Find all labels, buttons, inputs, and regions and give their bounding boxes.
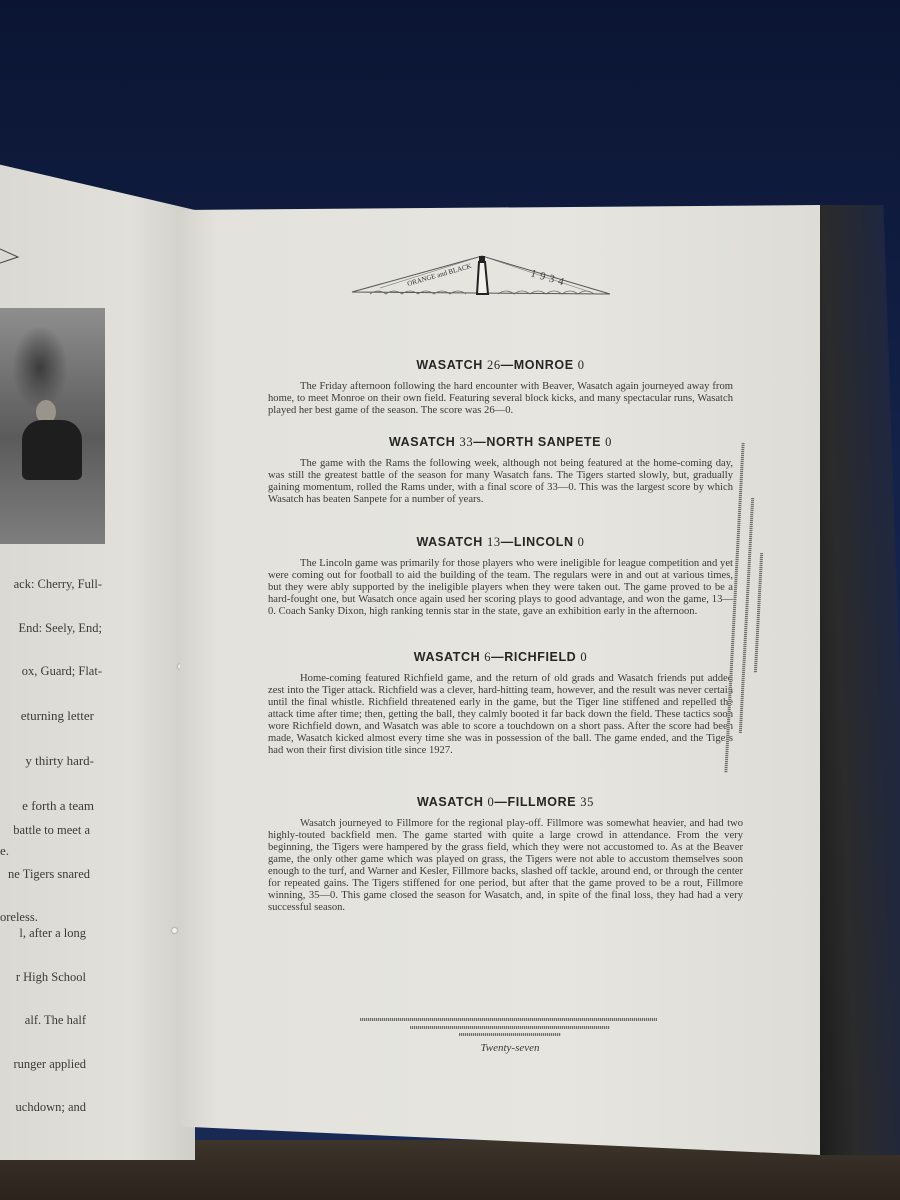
text-line: eturning letter	[0, 708, 94, 723]
photo-caption: ack: Cherry, Full- End: Seely, End; ox, …	[0, 548, 102, 693]
left-emblem-fragment	[0, 245, 22, 265]
game-report-fillmore: WASATCH 0—FILLMORE 35 Wasatch journeyed …	[268, 795, 743, 914]
text-line: l, after a long	[0, 926, 86, 941]
game-summary: The Friday afternoon following the hard …	[268, 381, 733, 417]
game-summary: Home-coming featured Richfield game, and…	[268, 673, 733, 757]
game-report-north-sanpete: WASATCH 33—NORTH SANPETE 0 The game with…	[268, 435, 733, 506]
decorative-rule	[410, 1026, 610, 1029]
left-paragraph-3: l, after a long r High School alf. The h…	[0, 897, 86, 1129]
binding-hole	[172, 928, 177, 933]
game-heading: WASATCH 6—RICHFIELD 0	[268, 650, 733, 665]
caption-line: End: Seely, End;	[0, 621, 102, 636]
caption-line: ack: Cherry, Full-	[0, 577, 102, 592]
text-line: y thirty hard-	[0, 753, 94, 768]
game-report-lincoln: WASATCH 13—LINCOLN 0 The Lincoln game wa…	[268, 535, 733, 618]
game-heading: WASATCH 33—NORTH SANPETE 0	[268, 435, 733, 450]
text-line: runger applied	[0, 1057, 86, 1072]
game-summary: Wasatch journeyed to Fillmore for the re…	[268, 818, 743, 914]
lighthouse-emblem-icon: ORANGE and BLACK 1934	[350, 250, 612, 298]
game-summary: The game with the Rams the following wee…	[268, 458, 733, 506]
svg-text:1934: 1934	[529, 267, 569, 289]
game-summary: The Lincoln game was primarily for those…	[268, 558, 733, 618]
decorative-rule	[459, 1033, 561, 1036]
game-report-richfield: WASATCH 6—RICHFIELD 0 Home-coming featur…	[268, 650, 733, 757]
page-number: Twenty-seven	[440, 1042, 580, 1054]
game-heading: WASATCH 0—FILLMORE 35	[268, 795, 743, 810]
text-line: uchdown; and	[0, 1100, 86, 1115]
text-line: battle to meet a	[0, 823, 90, 838]
caption-line: ox, Guard; Flat-	[0, 664, 102, 679]
game-report-monroe: WASATCH 26—MONROE 0 The Friday afternoon…	[268, 358, 733, 417]
decorative-rule	[360, 1018, 657, 1021]
svg-text:ORANGE and BLACK: ORANGE and BLACK	[406, 262, 472, 288]
text-line: alf. The half	[0, 1013, 86, 1028]
game-heading: WASATCH 26—MONROE 0	[268, 358, 733, 373]
text-line: ne Tigers snared	[0, 867, 90, 882]
text-line: r High School	[0, 970, 86, 985]
game-heading: WASATCH 13—LINCOLN 0	[268, 535, 733, 550]
player-figure	[22, 420, 82, 480]
